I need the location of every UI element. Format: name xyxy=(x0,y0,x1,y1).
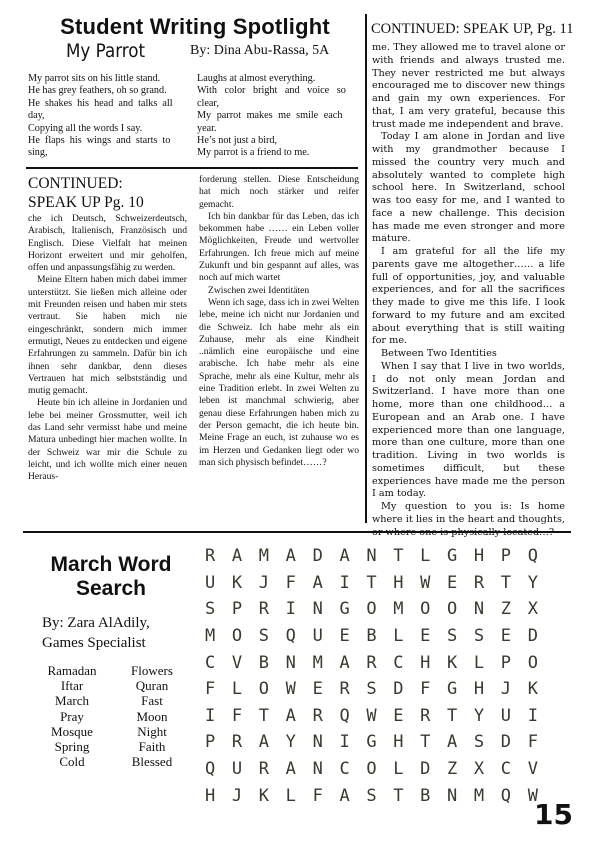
poem-column-right: Laughs at almost everything. With color … xyxy=(197,73,357,160)
poem-line: He’s not just a bird, xyxy=(197,135,357,147)
poem-divider xyxy=(26,167,358,169)
grid-letter[interactable]: B xyxy=(259,653,286,673)
grid-letter[interactable]: A xyxy=(313,573,340,593)
grid-letter[interactable]: E xyxy=(313,679,340,699)
grid-letter[interactable]: V xyxy=(232,653,259,673)
grid-letter[interactable]: T xyxy=(501,573,528,593)
grid-letter[interactable]: S xyxy=(205,599,232,619)
grid-letter[interactable]: A xyxy=(232,546,259,566)
grid-letter[interactable]: U xyxy=(205,573,232,593)
grid-letter[interactable]: S xyxy=(474,626,501,646)
english-subheading: Between Two Identities xyxy=(372,348,565,361)
word-item: Moon xyxy=(112,709,192,724)
grid-letter[interactable]: M xyxy=(474,786,501,806)
german-paragraph: Meine Eltern haben mich dabei immer unte… xyxy=(28,274,187,397)
grid-letter[interactable]: T xyxy=(393,786,420,806)
grid-letter[interactable]: E xyxy=(339,626,366,646)
word-item: Cold xyxy=(32,754,112,769)
grid-letter[interactable]: Q xyxy=(339,706,366,726)
grid-letter[interactable]: P xyxy=(205,732,232,752)
grid-letter[interactable]: H xyxy=(393,732,420,752)
grid-letter[interactable]: P xyxy=(501,653,528,673)
grid-letter[interactable]: D xyxy=(393,679,420,699)
word-item: Pray xyxy=(32,709,112,724)
word-item: Flowers xyxy=(112,663,192,678)
grid-letter[interactable]: T xyxy=(393,546,420,566)
grid-letter[interactable]: U xyxy=(313,626,340,646)
german-paragraph: Wenn ich sage, dass ich in zwei Welten l… xyxy=(199,297,359,469)
grid-letter[interactable]: I xyxy=(339,732,366,752)
grid-letter[interactable]: I xyxy=(528,706,555,726)
grid-letter[interactable]: G xyxy=(447,679,474,699)
grid-letter[interactable]: O xyxy=(528,653,555,673)
grid-letter[interactable]: Z xyxy=(501,599,528,619)
grid-letter[interactable]: O xyxy=(366,599,393,619)
english-paragraph: Today I am alone in Jordan and live with… xyxy=(372,131,565,246)
grid-letter[interactable]: T xyxy=(420,732,447,752)
grid-row: IFTARQWERTYUI xyxy=(205,703,555,730)
grid-letter[interactable]: A xyxy=(286,546,313,566)
grid-letter[interactable]: X xyxy=(474,759,501,779)
grid-row: CVBNMARCHKLPO xyxy=(205,649,555,676)
wordsearch-title-line1: March Word xyxy=(26,553,196,577)
grid-letter[interactable]: N xyxy=(313,759,340,779)
grid-letter[interactable]: O xyxy=(366,759,393,779)
grid-row: SPRINGOMOONZX xyxy=(205,596,555,623)
grid-letter[interactable]: R xyxy=(259,759,286,779)
grid-letter[interactable]: J xyxy=(259,573,286,593)
grid-letter[interactable]: F xyxy=(313,786,340,806)
grid-letter[interactable]: C xyxy=(205,653,232,673)
grid-letter[interactable]: O xyxy=(420,599,447,619)
poem-line: He shakes his head and talks all xyxy=(28,98,193,110)
grid-row: RAMADANTLGHPQ xyxy=(205,543,555,570)
poem-line: clear, xyxy=(197,98,357,110)
grid-letter[interactable]: T xyxy=(447,706,474,726)
grid-letter[interactable]: Q xyxy=(205,759,232,779)
grid-letter[interactable]: D xyxy=(528,626,555,646)
english-continued-heading: CONTINUED: SPEAK UP, Pg. 11 xyxy=(371,21,573,38)
english-paragraph: When I say that I live in two worlds, I … xyxy=(372,361,565,501)
grid-letter[interactable]: L xyxy=(286,786,313,806)
german-heading-line1: CONTINUED: xyxy=(28,174,144,193)
grid-letter[interactable]: M xyxy=(313,653,340,673)
grid-letter[interactable]: W xyxy=(420,573,447,593)
grid-letter[interactable]: A xyxy=(259,732,286,752)
grid-letter[interactable]: E xyxy=(501,626,528,646)
grid-letter[interactable]: O xyxy=(447,599,474,619)
grid-letter[interactable]: P xyxy=(501,546,528,566)
grid-letter[interactable]: A xyxy=(286,706,313,726)
grid-letter[interactable]: H xyxy=(420,653,447,673)
wordlist-right: Flowers Quran Fast Moon Night Faith Bles… xyxy=(112,663,192,769)
grid-letter[interactable]: N xyxy=(447,786,474,806)
wordsearch-byline: By: Zara AlAdily, Games Specialist xyxy=(42,613,150,653)
german-heading-line2: SPEAK UP Pg. 10 xyxy=(28,193,144,212)
grid-letter[interactable]: A xyxy=(339,546,366,566)
grid-letter[interactable]: T xyxy=(259,706,286,726)
grid-letter[interactable]: U xyxy=(232,759,259,779)
german-subheading: Zwischen zwei Identitäten xyxy=(199,285,359,297)
grid-letter[interactable]: W xyxy=(366,706,393,726)
poem-line: He has grey feathers, oh so grand. xyxy=(28,85,193,97)
column-divider-vertical xyxy=(365,14,367,523)
word-item: Fast xyxy=(112,693,192,708)
grid-letter[interactable]: X xyxy=(528,599,555,619)
word-item: March xyxy=(32,693,112,708)
poem-title: My Parrot xyxy=(66,40,145,62)
grid-letter[interactable]: L xyxy=(393,626,420,646)
grid-letter[interactable]: F xyxy=(420,679,447,699)
german-column-1: che ich Deutsch, Schweizerdeutsch, Arabi… xyxy=(28,213,187,484)
grid-letter[interactable]: Q xyxy=(501,786,528,806)
word-item: Ramadan xyxy=(32,663,112,678)
grid-letter[interactable]: Q xyxy=(528,546,555,566)
grid-letter[interactable]: N xyxy=(313,599,340,619)
grid-letter[interactable]: F xyxy=(528,732,555,752)
grid-letter[interactable]: H xyxy=(474,546,501,566)
grid-letter[interactable]: L xyxy=(474,653,501,673)
poem-line: Copying all the words I say. xyxy=(28,123,193,135)
grid-letter[interactable]: O xyxy=(259,679,286,699)
grid-row: QURANCOLDZXCV xyxy=(205,756,555,783)
grid-letter[interactable]: R xyxy=(474,573,501,593)
grid-letter[interactable]: O xyxy=(232,626,259,646)
grid-letter[interactable]: P xyxy=(232,599,259,619)
page-number: 15 xyxy=(534,798,573,831)
german-paragraph: che ich Deutsch, Schweizerdeutsch, Arabi… xyxy=(28,213,187,274)
grid-letter[interactable]: L xyxy=(232,679,259,699)
grid-letter[interactable]: Z xyxy=(447,759,474,779)
grid-letter[interactable]: D xyxy=(420,759,447,779)
grid-letter[interactable]: I xyxy=(339,573,366,593)
wordsearch-byline-line2: Games Specialist xyxy=(42,633,150,653)
grid-letter[interactable]: N xyxy=(366,546,393,566)
grid-letter[interactable]: A xyxy=(339,653,366,673)
grid-letter[interactable]: L xyxy=(393,759,420,779)
grid-letter[interactable]: U xyxy=(501,706,528,726)
grid-letter[interactable]: A xyxy=(286,759,313,779)
grid-letter[interactable]: G xyxy=(339,599,366,619)
grid-row: HJKLFASTBNMQW xyxy=(205,782,555,809)
word-item: Quran xyxy=(112,678,192,693)
german-paragraph: Ich bin dankbar für das Leben, das ich b… xyxy=(199,211,359,285)
grid-letter[interactable]: A xyxy=(339,786,366,806)
english-paragraph: My question to you is: Is home where it … xyxy=(372,501,565,539)
grid-letter[interactable]: C xyxy=(393,653,420,673)
german-column-2: forderung stellen. Diese Entscheidung ha… xyxy=(199,174,359,469)
grid-letter[interactable]: R xyxy=(339,679,366,699)
grid-letter[interactable]: G xyxy=(366,732,393,752)
poem-line: He flaps his wings and starts to xyxy=(28,135,193,147)
grid-letter[interactable]: Y xyxy=(528,573,555,593)
poem-line: sing, xyxy=(28,147,193,159)
poem-line: With color bright and voice so xyxy=(197,85,357,97)
german-paragraph: Heute bin ich alleine in Jordanien und l… xyxy=(28,397,187,483)
english-paragraph: I am grateful for all the life my parent… xyxy=(372,246,565,348)
grid-letter[interactable]: S xyxy=(259,626,286,646)
poem-byline: By: Dina Abu-Rassa, 5A xyxy=(190,43,329,59)
grid-letter[interactable]: I xyxy=(286,599,313,619)
grid-letter[interactable]: R xyxy=(205,546,232,566)
grid-letter[interactable]: Q xyxy=(286,626,313,646)
english-column: me. They allowed me to travel alone or w… xyxy=(372,42,565,539)
grid-row: UKJFAITHWERTY xyxy=(205,570,555,597)
grid-letter[interactable]: H xyxy=(474,679,501,699)
word-item: Blessed xyxy=(112,754,192,769)
grid-letter[interactable]: B xyxy=(420,786,447,806)
grid-letter[interactable]: E xyxy=(420,626,447,646)
word-item: Mosque xyxy=(32,724,112,739)
word-item: Iftar xyxy=(32,678,112,693)
english-paragraph: me. They allowed me to travel alone or w… xyxy=(372,42,565,131)
grid-letter[interactable]: E xyxy=(393,706,420,726)
grid-letter[interactable]: M xyxy=(259,546,286,566)
poem-line: My parrot sits on his little stand. xyxy=(28,73,193,85)
word-item: Spring xyxy=(32,739,112,754)
grid-letter[interactable]: L xyxy=(420,546,447,566)
poem-line: day, xyxy=(28,110,193,122)
grid-letter[interactable]: R xyxy=(259,599,286,619)
german-continued-heading: CONTINUED: SPEAK UP Pg. 10 xyxy=(28,174,144,212)
grid-letter[interactable]: K xyxy=(232,573,259,593)
grid-letter[interactable]: C xyxy=(501,759,528,779)
grid-letter[interactable]: I xyxy=(205,706,232,726)
wordsearch-title-line2: Search xyxy=(26,577,196,601)
grid-letter[interactable]: R xyxy=(313,706,340,726)
grid-letter[interactable]: S xyxy=(366,679,393,699)
poem-line: Laughs at almost everything. xyxy=(197,73,357,85)
grid-letter[interactable]: V xyxy=(528,759,555,779)
grid-letter[interactable]: J xyxy=(232,786,259,806)
grid-letter[interactable]: Y xyxy=(286,732,313,752)
poem-column-left: My parrot sits on his little stand. He h… xyxy=(28,73,193,160)
grid-letter[interactable]: N xyxy=(474,599,501,619)
grid-letter[interactable]: M xyxy=(205,626,232,646)
grid-letter[interactable]: N xyxy=(313,732,340,752)
grid-row: FLOWERSDFGHJK xyxy=(205,676,555,703)
grid-letter[interactable]: A xyxy=(447,732,474,752)
word-item: Night xyxy=(112,724,192,739)
grid-letter[interactable]: S xyxy=(474,732,501,752)
spotlight-title: Student Writing Spotlight xyxy=(50,14,340,40)
grid-letter[interactable]: D xyxy=(313,546,340,566)
wordsearch-title: March Word Search xyxy=(26,553,196,601)
grid-letter[interactable]: H xyxy=(393,573,420,593)
wordlist-left: Ramadan Iftar March Pray Mosque Spring C… xyxy=(32,663,112,769)
grid-letter[interactable]: N xyxy=(286,653,313,673)
grid-letter[interactable]: K xyxy=(447,653,474,673)
grid-letter[interactable]: T xyxy=(366,573,393,593)
wordsearch-byline-line1: By: Zara AlAdily, xyxy=(42,613,150,633)
word-item: Faith xyxy=(112,739,192,754)
grid-letter[interactable]: Y xyxy=(474,706,501,726)
grid-letter[interactable]: K xyxy=(528,679,555,699)
wordsearch-grid: RAMADANTLGHPQUKJFAITHWERTYSPRINGOMOONZXM… xyxy=(205,543,555,809)
grid-letter[interactable]: S xyxy=(366,786,393,806)
poem-line: My parrot is a friend to me. xyxy=(197,147,357,159)
german-paragraph: forderung stellen. Diese Entscheidung ha… xyxy=(199,174,359,211)
grid-row: PRAYNIGHTASDF xyxy=(205,729,555,756)
grid-letter[interactable]: R xyxy=(420,706,447,726)
grid-letter[interactable]: B xyxy=(366,626,393,646)
grid-letter[interactable]: K xyxy=(259,786,286,806)
poem-line: My parrot makes me smile each xyxy=(197,110,357,122)
grid-letter[interactable]: F xyxy=(205,679,232,699)
grid-row: MOSQUEBLESSED xyxy=(205,623,555,650)
grid-letter[interactable]: W xyxy=(286,679,313,699)
grid-letter[interactable]: E xyxy=(447,573,474,593)
grid-letter[interactable]: J xyxy=(501,679,528,699)
grid-letter[interactable]: M xyxy=(393,599,420,619)
grid-letter[interactable]: F xyxy=(286,573,313,593)
grid-letter[interactable]: R xyxy=(366,653,393,673)
poem-line: year. xyxy=(197,123,357,135)
grid-letter[interactable]: G xyxy=(447,546,474,566)
grid-letter[interactable]: F xyxy=(232,706,259,726)
grid-letter[interactable]: S xyxy=(447,626,474,646)
grid-letter[interactable]: D xyxy=(501,732,528,752)
grid-letter[interactable]: R xyxy=(232,732,259,752)
grid-letter[interactable]: H xyxy=(205,786,232,806)
grid-letter[interactable]: C xyxy=(339,759,366,779)
